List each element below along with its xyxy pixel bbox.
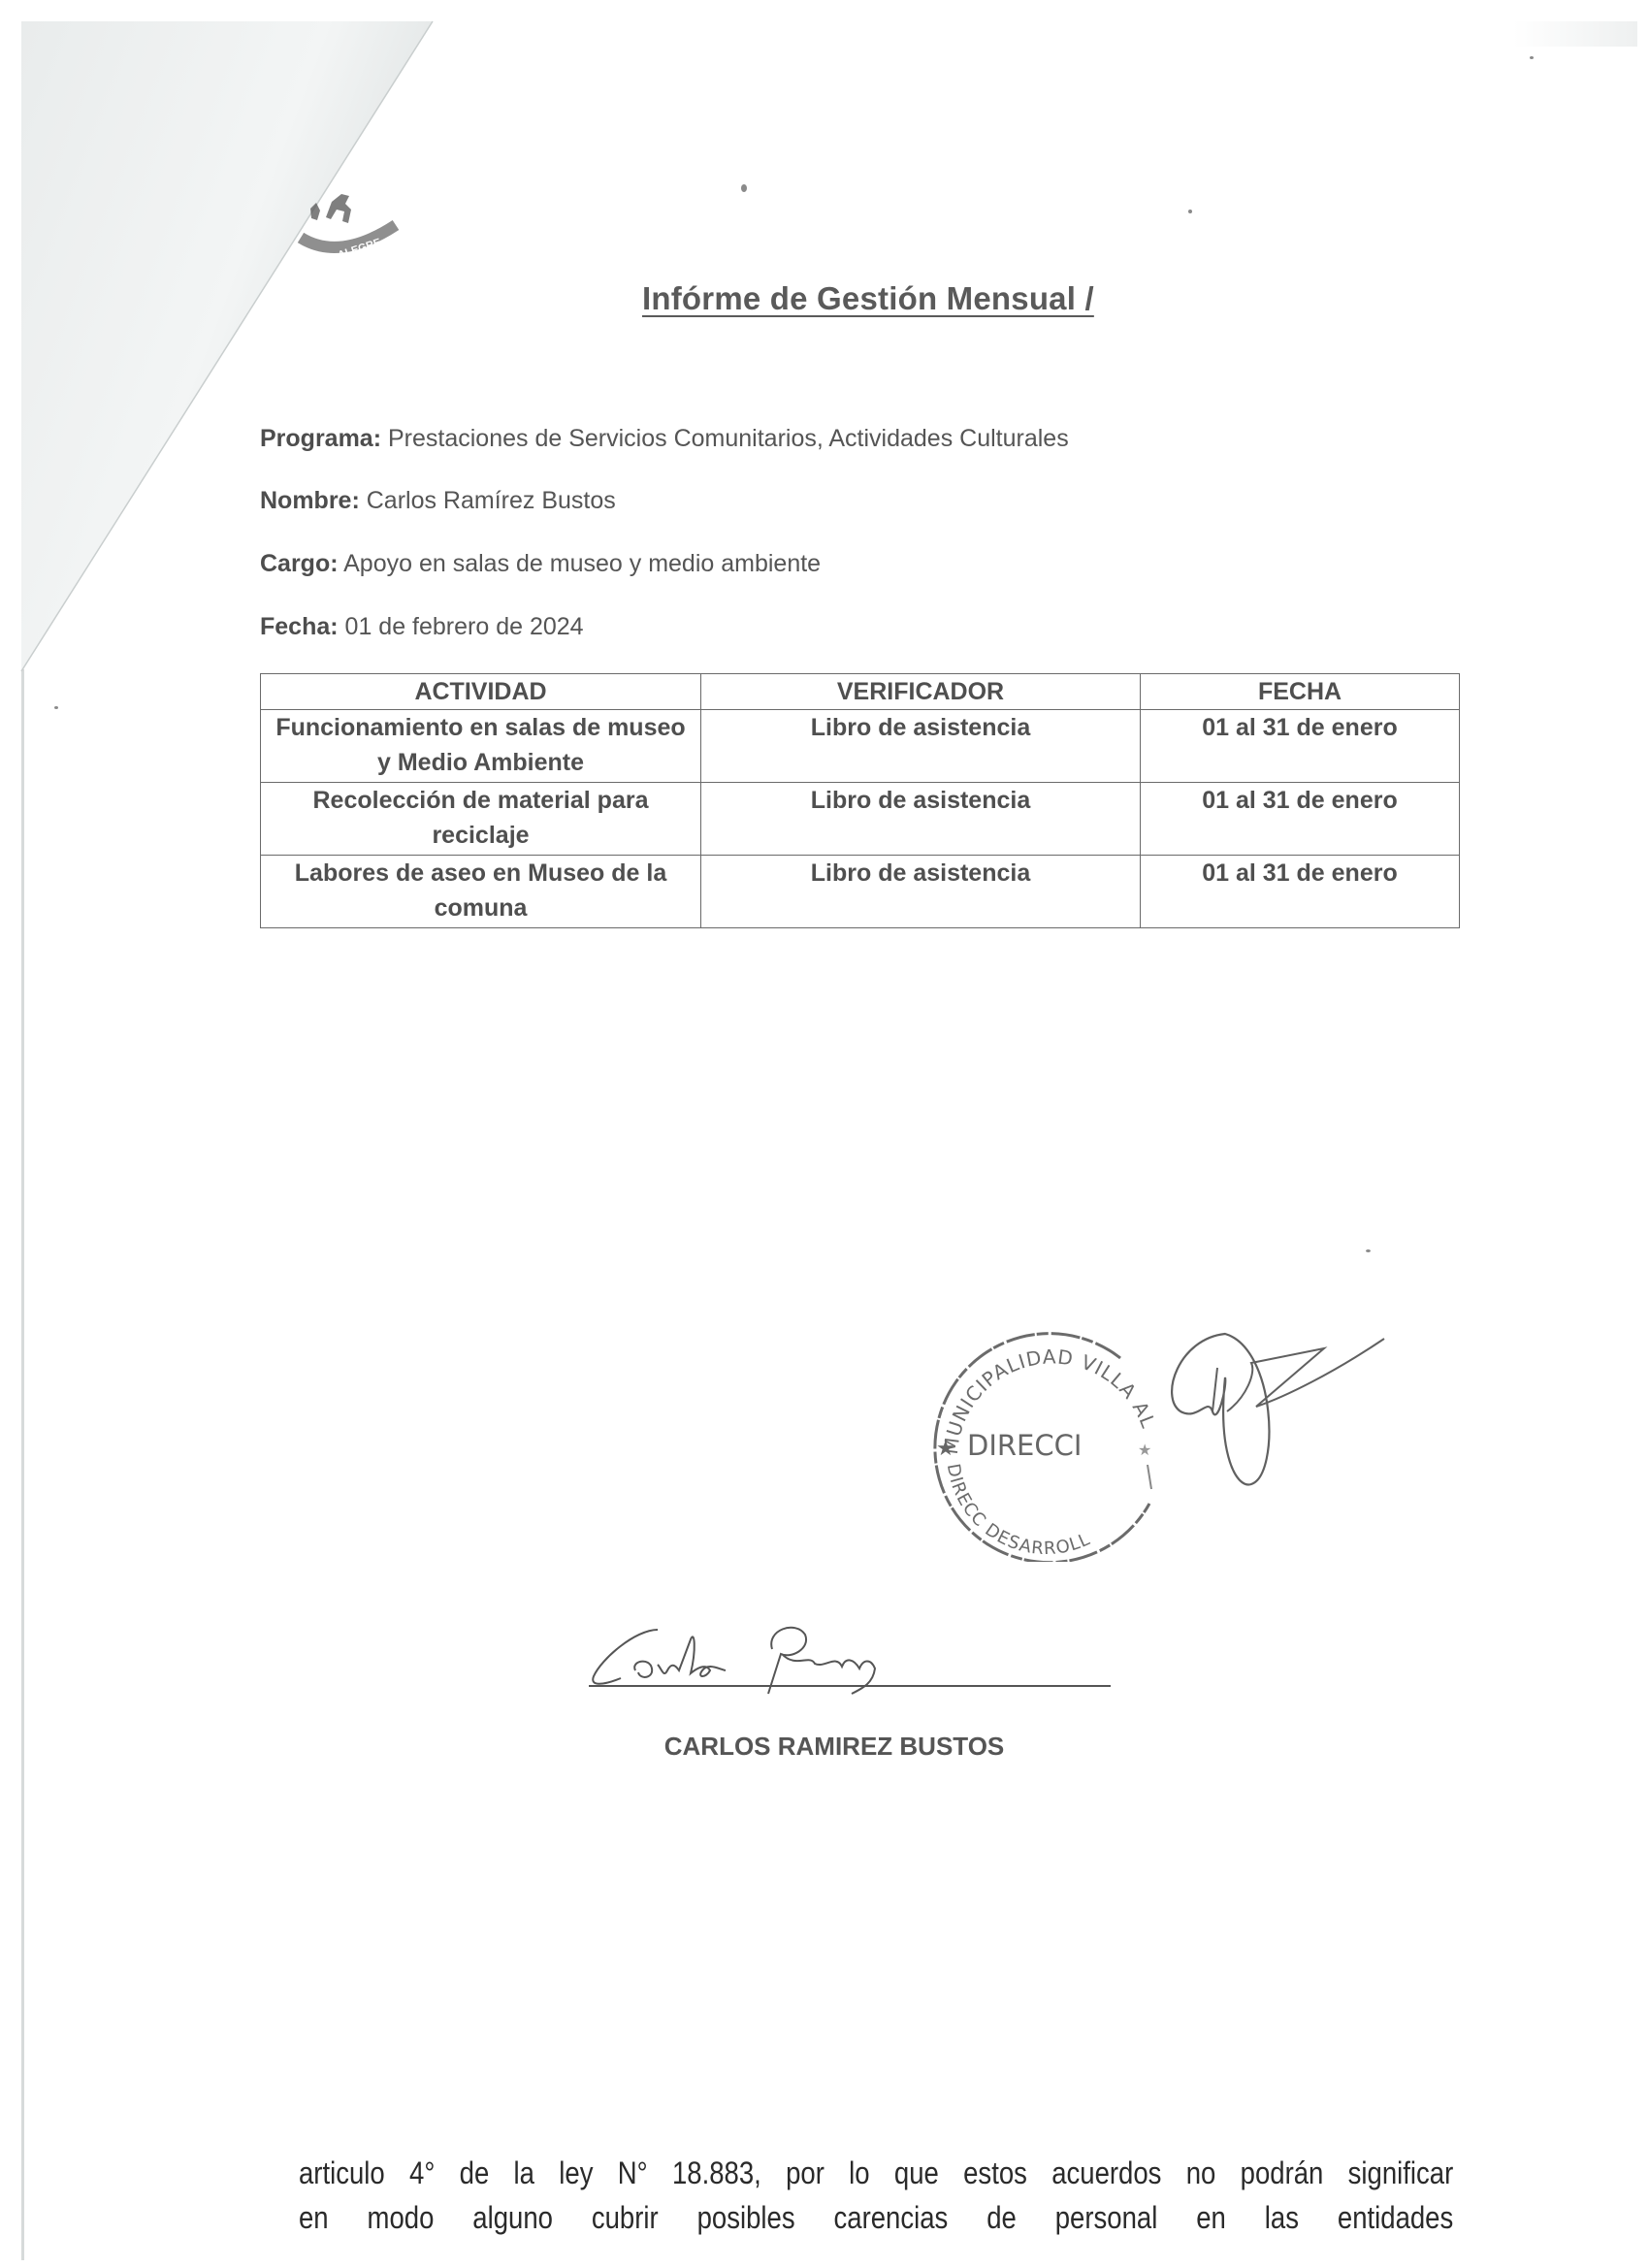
field-label: Programa: bbox=[260, 425, 381, 452]
stamp-center-text: DIRECCI bbox=[967, 1429, 1082, 1462]
scan-speck bbox=[741, 184, 747, 192]
field-value: Carlos Ramírez Bustos bbox=[360, 487, 616, 514]
table-header-row: ACTIVIDAD VERIFICADOR FECHA bbox=[261, 674, 1460, 710]
column-header-verificador: VERIFICADOR bbox=[701, 674, 1141, 710]
cell-actividad: Labores de aseo en Museo de la comuna bbox=[261, 856, 701, 928]
handwritten-signature bbox=[582, 1601, 1125, 1707]
scan-speck bbox=[54, 706, 58, 709]
cell-verificador: Libro de asistencia bbox=[701, 856, 1141, 928]
field-value: 01 de febrero de 2024 bbox=[339, 613, 584, 640]
municipal-logo: VILLA ALEGRE bbox=[281, 165, 407, 272]
column-header-fecha: FECHA bbox=[1141, 674, 1460, 710]
table-row: Labores de aseo en Museo de la comuna Li… bbox=[261, 856, 1460, 928]
document-title: Infórme de Gestión Mensual / bbox=[642, 280, 1094, 317]
signature-line bbox=[589, 1685, 1111, 1687]
field-programa: Programa: Prestaciones de Servicios Comu… bbox=[260, 425, 1069, 453]
field-nombre: Nombre: Carlos Ramírez Bustos bbox=[260, 487, 616, 515]
cell-fecha: 01 al 31 de enero bbox=[1141, 783, 1460, 856]
field-cargo: Cargo: Apoyo en salas de museo y medio a… bbox=[260, 550, 821, 578]
official-stamp: MUNICIPALIDAD VILLA ALEGRE DIRECCI ★ ★ D… bbox=[926, 1319, 1169, 1562]
table-row: Recolección de material para reciclaje L… bbox=[261, 783, 1460, 856]
stamp-bottom-text: DIRECC DESARROLL bbox=[943, 1462, 1094, 1559]
page-edge bbox=[21, 669, 24, 2260]
signer-name: CARLOS RAMIREZ BUSTOS bbox=[0, 1732, 1649, 1762]
field-label: Nombre: bbox=[260, 487, 360, 514]
scan-speck bbox=[1366, 1249, 1371, 1252]
table-row: Funcionamiento en salas de museo y Medio… bbox=[261, 710, 1460, 783]
cell-verificador: Libro de asistencia bbox=[701, 710, 1141, 783]
cell-fecha: 01 al 31 de enero bbox=[1141, 856, 1460, 928]
folded-corner bbox=[0, 0, 1649, 2268]
field-fecha: Fecha: 01 de febrero de 2024 bbox=[260, 613, 584, 641]
scan-speck bbox=[1530, 56, 1534, 59]
horse-emblem-icon bbox=[326, 194, 351, 223]
cell-actividad: Funcionamiento en salas de museo y Medio… bbox=[261, 710, 701, 783]
activities-table: ACTIVIDAD VERIFICADOR FECHA Funcionamien… bbox=[260, 673, 1460, 928]
field-value: Prestaciones de Servicios Comunitarios, … bbox=[381, 425, 1069, 452]
cell-actividad: Recolección de material para reciclaje bbox=[261, 783, 701, 856]
column-header-actividad: ACTIVIDAD bbox=[261, 674, 701, 710]
cell-fecha: 01 al 31 de enero bbox=[1141, 710, 1460, 783]
cell-verificador: Libro de asistencia bbox=[701, 783, 1141, 856]
field-label: Cargo: bbox=[260, 550, 339, 577]
director-signature bbox=[1159, 1319, 1392, 1504]
star-icon: ★ bbox=[936, 1436, 955, 1460]
page-edge bbox=[1513, 21, 1637, 47]
field-label: Fecha: bbox=[260, 613, 339, 640]
footer-text-line: en modo alguno cubrir posibles carencias… bbox=[299, 2200, 1453, 2236]
star-icon: ★ bbox=[1138, 1442, 1151, 1459]
footer-text-line: articulo 4° de la ley N° 18.883, por lo … bbox=[299, 2155, 1453, 2191]
field-value: Apoyo en salas de museo y medio ambiente bbox=[339, 550, 822, 577]
svg-text:DIRECC DESARROLL: DIRECC DESARROLL bbox=[943, 1462, 1094, 1559]
scan-speck bbox=[1188, 210, 1192, 213]
